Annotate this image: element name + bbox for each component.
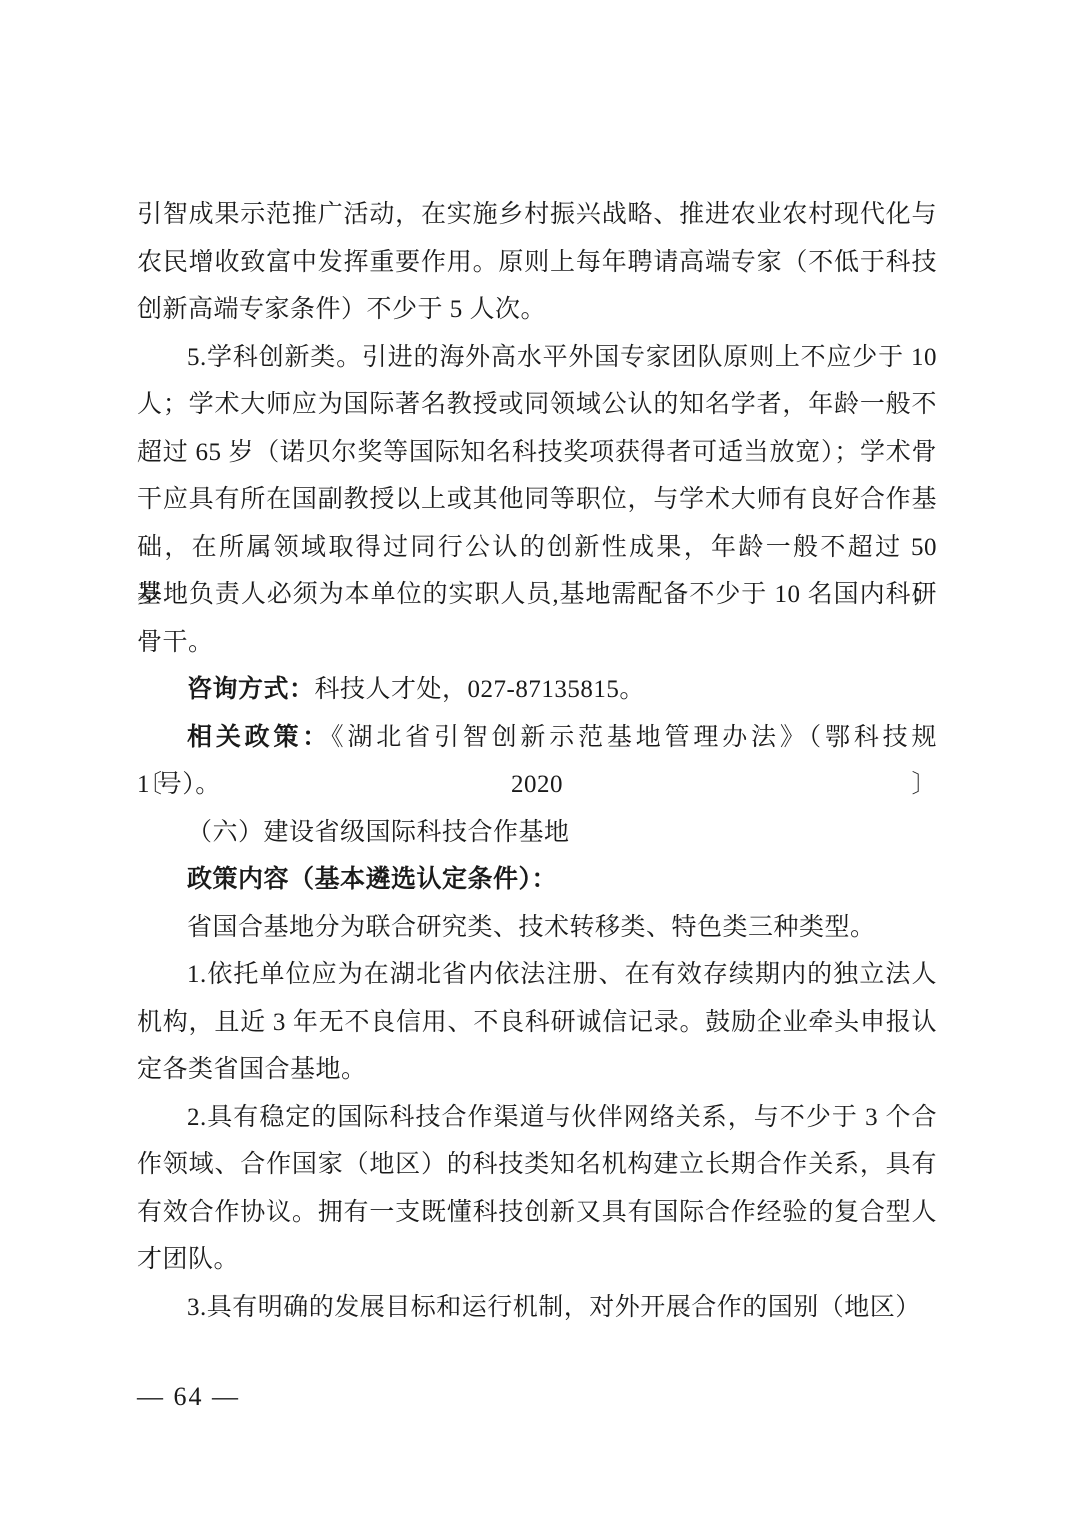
line-body-text: 2.具有稳定的国际科技合作渠道与伙伴网络关系，与不少于 3 个合 — [187, 1104, 937, 1131]
document-line: 5.学科创新类。引进的海外高水平外国专家团队原则上不应少于 10 — [137, 334, 937, 382]
line-body-text: 定各类省国合基地。 — [137, 1056, 367, 1083]
line-body-text: 作领域、合作国家（地区）的科技类知名机构建立长期合作关系，具有 — [137, 1151, 937, 1178]
document-line: 作领域、合作国家（地区）的科技类知名机构建立长期合作关系，具有 — [137, 1141, 937, 1189]
document-line: 定各类省国合基地。 — [137, 1046, 937, 1094]
line-body-text: 创新高端专家条件）不少于 5 人次。 — [137, 296, 546, 323]
line-body-text: 人；学术大师应为国际著名教授或同领域公认的知名学者，年龄一般不 — [137, 391, 937, 418]
document-line: 3.具有明确的发展目标和运行机制，对外开展合作的国别（地区） — [137, 1284, 937, 1332]
document-line: 基地负责人必须为本单位的实职人员,基地需配备不少于 10 名国内科研 — [137, 571, 937, 619]
line-body-text: 骨干。 — [137, 629, 214, 656]
line-body-text: 5.学科创新类。引进的海外高水平外国专家团队原则上不应少于 10 — [187, 344, 937, 371]
page-number: — 64 — — [137, 1382, 240, 1412]
document-page: 引智成果示范推广活动，在实施乡村振兴战略、推进农业农村现代化与农民增收致富中发挥… — [0, 0, 1074, 1520]
document-line: 引智成果示范推广活动，在实施乡村振兴战略、推进农业农村现代化与 — [137, 191, 937, 239]
line-body-text: 干应具有所在国副教授以上或其他同等职位，与学术大师有良好合作基 — [137, 486, 937, 513]
line-body-text: （六）建设省级国际科技合作基地 — [187, 819, 570, 846]
line-body-text: 有效合作协议。拥有一支既懂科技创新又具有国际合作经验的复合型人 — [137, 1199, 937, 1226]
document-line: 人；学术大师应为国际著名教授或同领域公认的知名学者，年龄一般不 — [137, 381, 937, 429]
document-line: 省国合基地分为联合研究类、技术转移类、特色类三种类型。 — [137, 904, 937, 952]
document-line: 超过 65 岁（诺贝尔奖等国际知名科技奖项获得者可适当放宽）；学术骨 — [137, 429, 937, 477]
text-block: 引智成果示范推广活动，在实施乡村振兴战略、推进农业农村现代化与农民增收致富中发挥… — [137, 191, 937, 1331]
line-body-text: 超过 65 岁（诺贝尔奖等国际知名科技奖项获得者可适当放宽）；学术骨 — [137, 439, 937, 466]
line-body-text: 科技人才处，027-87135815。 — [315, 676, 645, 703]
document-line: 础，在所属领域取得过同行公认的创新性成果，年龄一般不超过 50 岁； — [137, 524, 937, 572]
line-body-text: 1.依托单位应为在湖北省内依法注册、在有效存续期内的独立法人 — [187, 961, 937, 988]
line-body-text: 省国合基地分为联合研究类、技术转移类、特色类三种类型。 — [187, 914, 876, 941]
line-body-text: 才团队。 — [137, 1246, 239, 1273]
line-body-text: 基地负责人必须为本单位的实职人员,基地需配备不少于 10 名国内科研 — [137, 581, 937, 608]
document-line: 2.具有稳定的国际科技合作渠道与伙伴网络关系，与不少于 3 个合 — [137, 1094, 937, 1142]
document-line: （六）建设省级国际科技合作基地 — [137, 809, 937, 857]
line-body-text: 机构，且近 3 年无不良信用、不良科研诚信记录。鼓励企业牵头申报认 — [137, 1009, 937, 1036]
document-line: 农民增收致富中发挥重要作用。原则上每年聘请高端专家（不低于科技 — [137, 239, 937, 287]
document-line: 机构，且近 3 年无不良信用、不良科研诚信记录。鼓励企业牵头申报认 — [137, 999, 937, 1047]
document-line: 咨询方式：科技人才处，027-87135815。 — [137, 666, 937, 714]
document-line: 有效合作协议。拥有一支既懂科技创新又具有国际合作经验的复合型人 — [137, 1189, 937, 1237]
document-line: 创新高端专家条件）不少于 5 人次。 — [137, 286, 937, 334]
document-line: 政策内容（基本遴选认定条件）： — [137, 856, 937, 904]
document-line: 才团队。 — [137, 1236, 937, 1284]
document-line: 干应具有所在国副教授以上或其他同等职位，与学术大师有良好合作基 — [137, 476, 937, 524]
document-line: 相关政策：《湖北省引智创新示范基地管理办法》（鄂科技规〔2020〕 — [137, 714, 937, 762]
line-body-text: 3.具有明确的发展目标和运行机制，对外开展合作的国别（地区） — [187, 1294, 921, 1321]
document-line: 1.依托单位应为在湖北省内依法注册、在有效存续期内的独立法人 — [137, 951, 937, 999]
line-label-text: 咨询方式： — [187, 676, 315, 703]
line-label-text: 相关政策： — [187, 724, 331, 751]
line-body-text: 引智成果示范推广活动，在实施乡村振兴战略、推进农业农村现代化与 — [137, 201, 937, 228]
line-body-text: 农民增收致富中发挥重要作用。原则上每年聘请高端专家（不低于科技 — [137, 249, 937, 276]
line-label-text: 政策内容（基本遴选认定条件）： — [187, 866, 557, 893]
line-body-text: 1 号）。 — [137, 771, 221, 798]
document-line: 骨干。 — [137, 619, 937, 667]
